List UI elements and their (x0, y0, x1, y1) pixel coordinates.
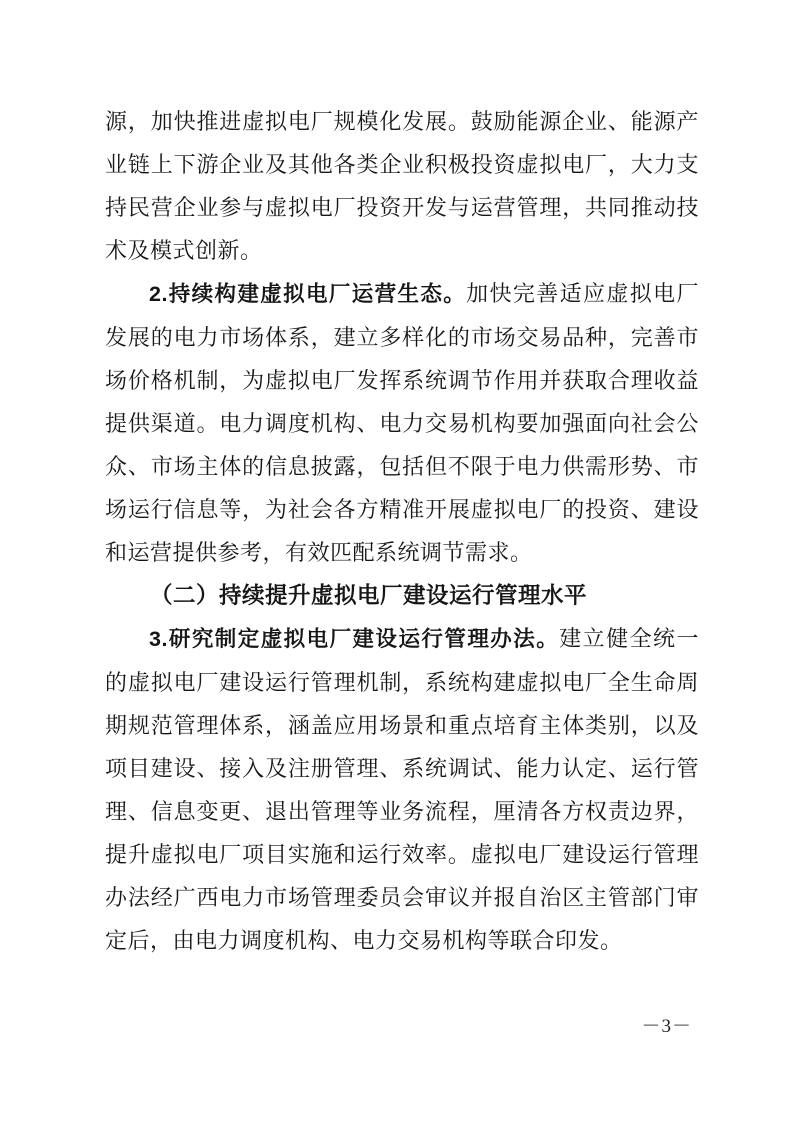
paragraph-item-2: 2.持续构建虚拟电厂运营生态。加快完善适应虚拟电厂发展的电力市场体系，建立多样化… (105, 272, 699, 574)
document-page: 源，加快推进虚拟电厂规模化发展。鼓励能源企业、能源产业链上下游企业及其他各类企业… (0, 0, 794, 1123)
paragraph-item-2-text: 加快完善适应虚拟电厂发展的电力市场体系，建立多样化的市场交易品种，完善市场价格机… (105, 281, 699, 565)
paragraph-item-3-lead: 3.研究制定虚拟电厂建设运行管理办法。 (149, 627, 559, 651)
paragraph-item-2-lead: 2.持续构建虚拟电厂运营生态。 (149, 282, 466, 306)
page-number: －3－ (641, 1014, 692, 1040)
section-heading: （二）持续提升虚拟电厂建设运行管理水平 (105, 574, 699, 617)
paragraph-continued-text: 源，加快推进虚拟电厂规模化发展。鼓励能源企业、能源产业链上下游企业及其他各类企业… (105, 109, 699, 263)
paragraph-continued: 源，加快推进虚拟电厂规模化发展。鼓励能源企业、能源产业链上下游企业及其他各类企业… (105, 100, 699, 272)
paragraph-item-3-text: 建立健全统一的虚拟电厂建设运行管理机制，系统构建虚拟电厂全生命周期规范管理体系，… (105, 626, 699, 953)
document-text-block: 源，加快推进虚拟电厂规模化发展。鼓励能源企业、能源产业链上下游企业及其他各类企业… (105, 100, 699, 962)
paragraph-item-3: 3.研究制定虚拟电厂建设运行管理办法。建立健全统一的虚拟电厂建设运行管理机制，系… (105, 617, 699, 962)
